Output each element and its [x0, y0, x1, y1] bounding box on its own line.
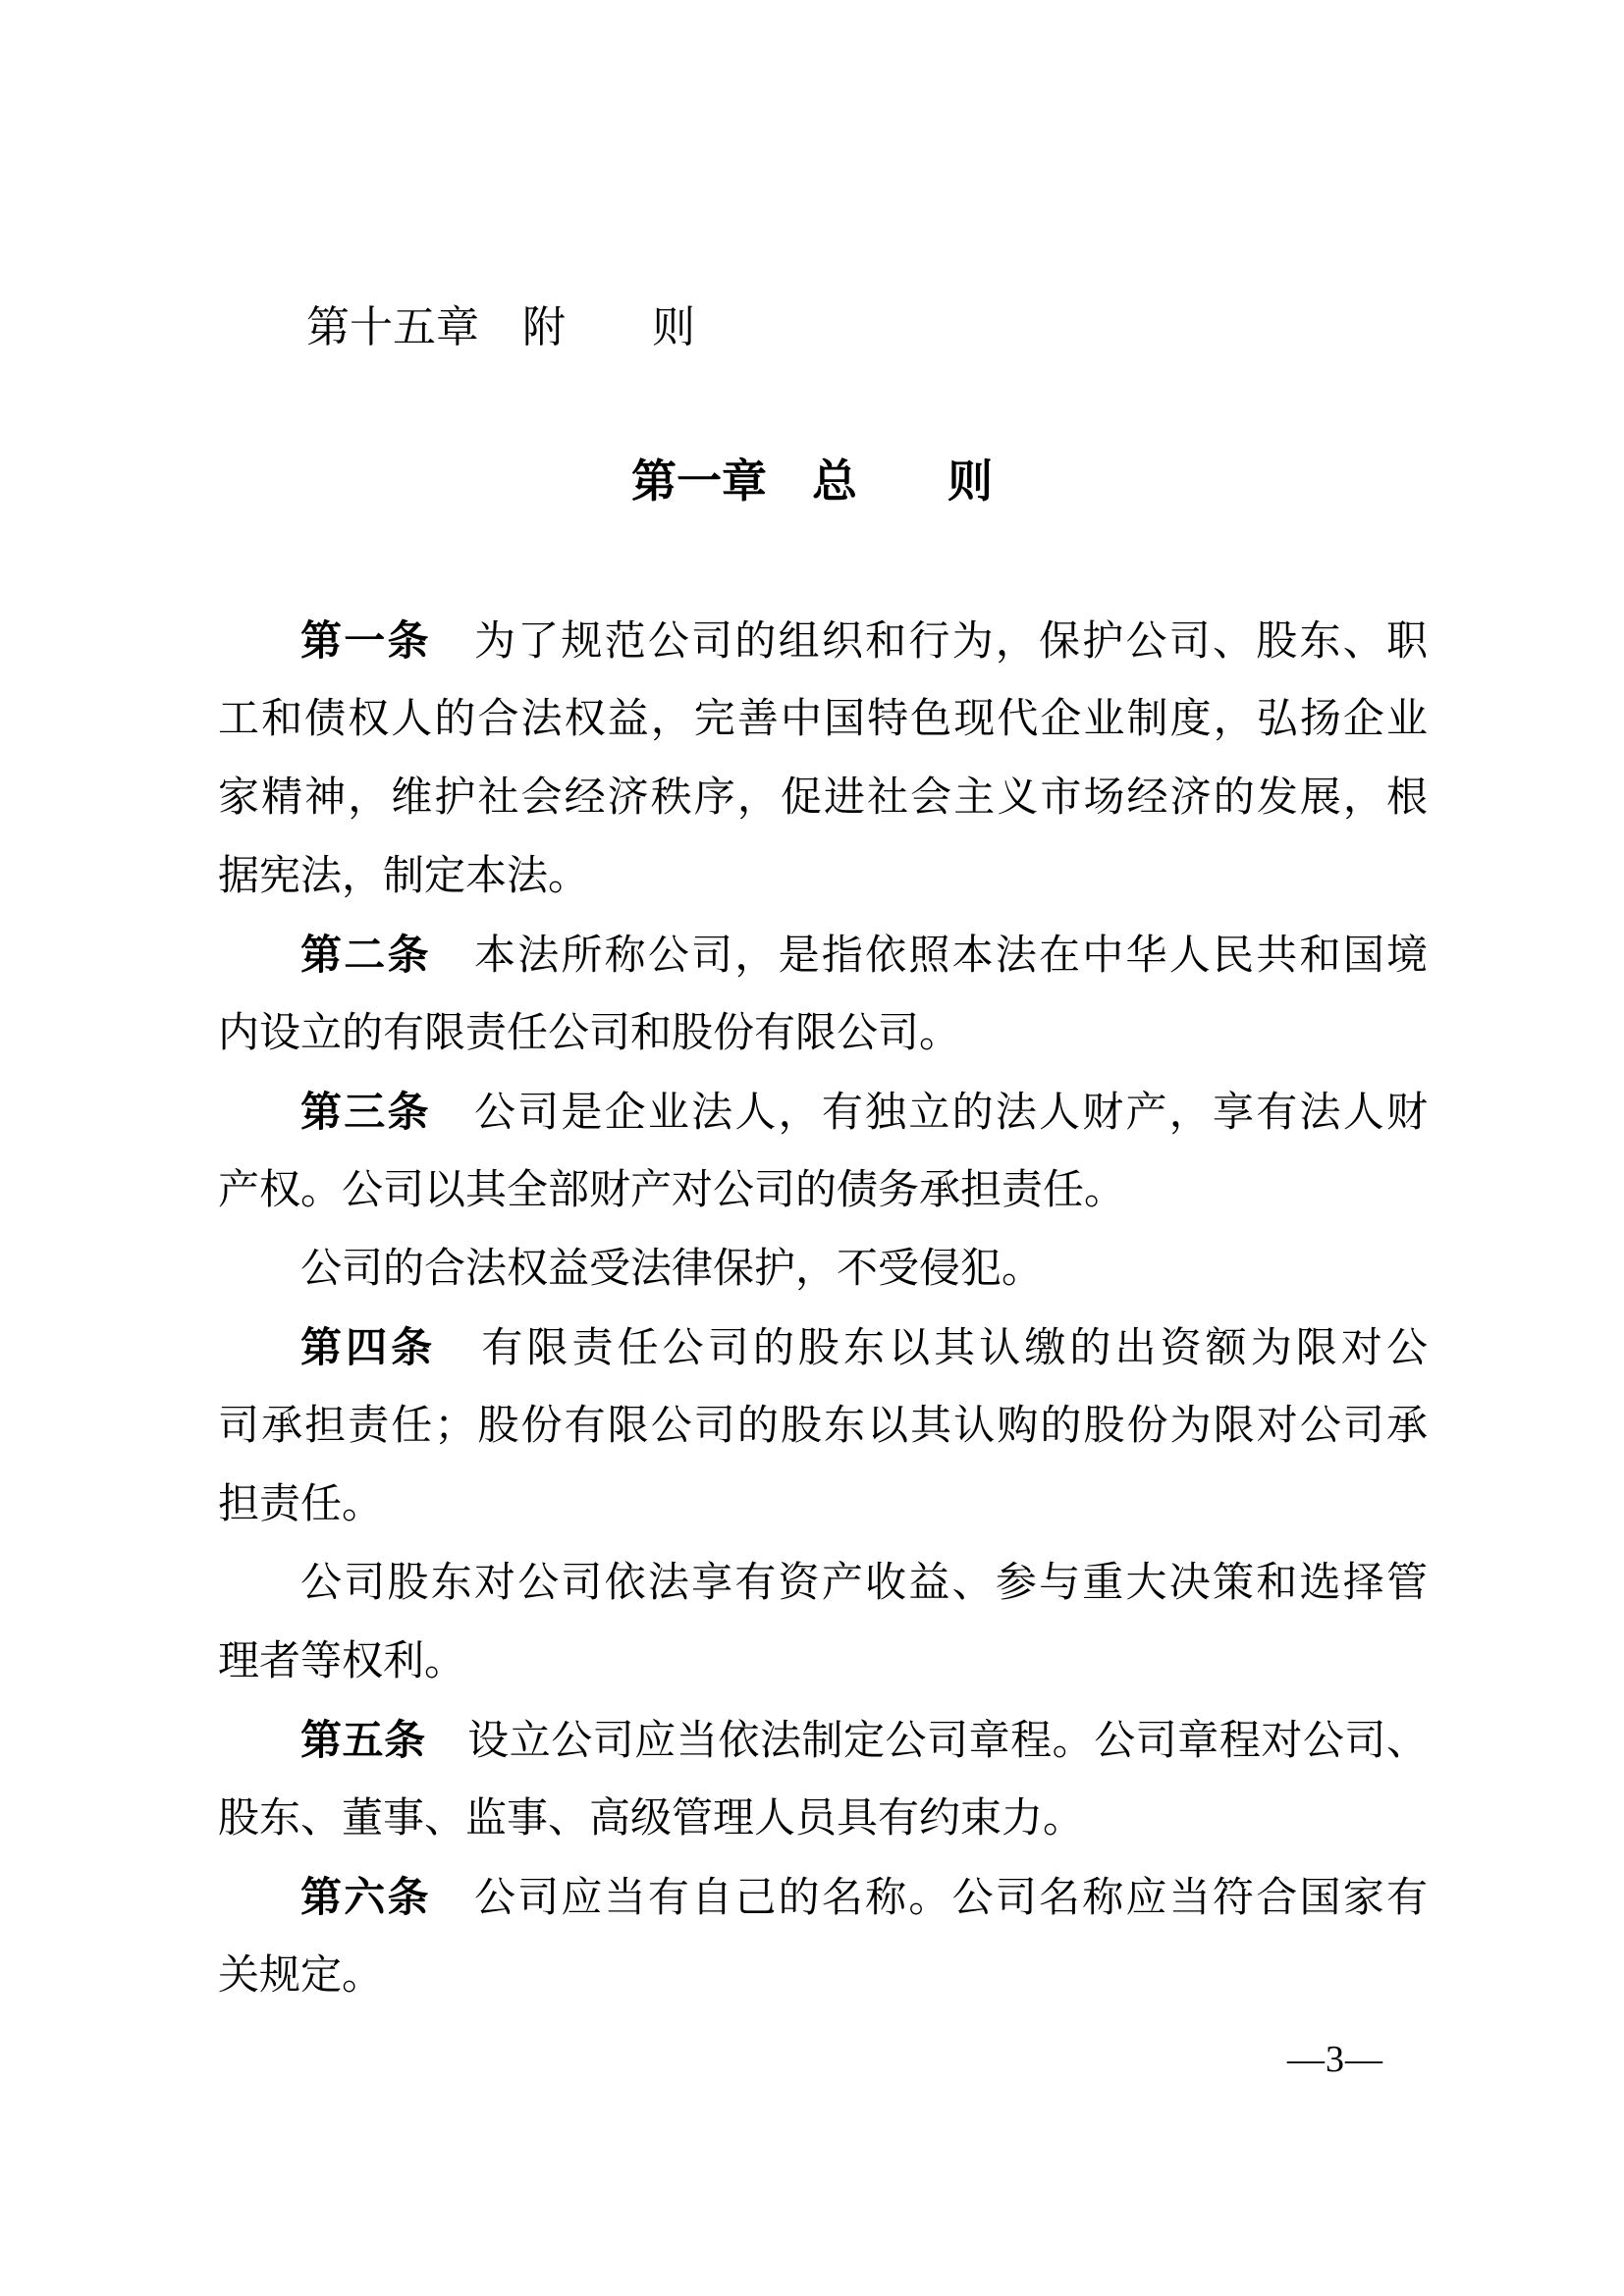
article-text: 第一条 为了规范公司的组织和行为，保护公司、股东、职工和债权人的合法权益，完善中… — [218, 602, 1428, 2015]
line-text: 担责任。 — [218, 1482, 383, 1527]
chapter1-heading: 第一章 总 则 — [0, 442, 1624, 520]
text-line: 内设立的有限责任公司和股份有限公司。 — [218, 994, 1428, 1073]
text-line: 理者等权利。 — [218, 1623, 1428, 1701]
text-line: 公司的合法权益受法律保护，不受侵犯。 — [218, 1230, 1428, 1308]
line-text: 司承担责任；股份有限公司的股东以其认购的股份为限对公司承 — [218, 1404, 1428, 1449]
text-line: 第五条 设立公司应当依法制定公司章程。公司章程对公司、 — [218, 1701, 1428, 1780]
article-number: 第五条 — [300, 1717, 426, 1763]
line-text: 本法所称公司，是指依照本法在中华人民共和国境 — [431, 934, 1428, 979]
line-text: 内设立的有限责任公司和股份有限公司。 — [218, 1011, 960, 1056]
line-text: 公司应当有自己的名称。公司名称应当符合国家有 — [431, 1876, 1428, 1921]
line-text: 公司是企业法人，有独立的法人财产，享有法人财 — [431, 1091, 1428, 1136]
article-number: 第三条 — [300, 1089, 431, 1135]
line-text: 工和债权人的合法权益，完善中国特色现代企业制度，弘扬企业 — [218, 697, 1428, 742]
text-line: 担责任。 — [218, 1466, 1428, 1544]
line-text: 家精神，维护社会经济秩序，促进社会主义市场经济的发展，根 — [218, 775, 1428, 821]
document-page: 第十五章 附 则 第一章 总 则 第一条 为了规范公司的组织和行为，保护公司、股… — [0, 0, 1624, 2296]
text-line: 公司股东对公司依法享有资产收益、参与重大决策和选择管 — [218, 1544, 1428, 1623]
text-line: 产权。公司以其全部财产对公司的债务承担责任。 — [218, 1151, 1428, 1230]
text-line: 第四条 有限责任公司的股东以其认缴的出资额为限对公 — [218, 1308, 1428, 1387]
toc-chapter15-line: 第十五章 附 则 — [218, 289, 695, 367]
text-line: 据宪法，制定本法。 — [218, 837, 1428, 916]
line-text: 股东、董事、监事、高级管理人员具有约束力。 — [218, 1796, 1084, 1842]
text-line: 第一条 为了规范公司的组织和行为，保护公司、股东、职 — [218, 602, 1428, 680]
line-text: 理者等权利。 — [218, 1639, 465, 1684]
text-line: 第六条 公司应当有自己的名称。公司名称应当符合国家有 — [218, 1858, 1428, 1937]
article-number: 第一条 — [300, 617, 431, 664]
line-text: 公司股东对公司依法享有资产收益、参与重大决策和选择管 — [300, 1561, 1428, 1606]
text-line: 司承担责任；股份有限公司的股东以其认购的股份为限对公司承 — [218, 1387, 1428, 1466]
text-line: 第三条 公司是企业法人，有独立的法人财产，享有法人财 — [218, 1073, 1428, 1151]
article-number: 第四条 — [300, 1324, 436, 1370]
line-text: 关规定。 — [218, 1953, 383, 1999]
line-text: 据宪法，制定本法。 — [218, 854, 589, 899]
text-line: 第二条 本法所称公司，是指依照本法在中华人民共和国境 — [218, 916, 1428, 994]
line-text: 设立公司应当依法制定公司章程。公司章程对公司、 — [426, 1719, 1428, 1764]
article-number: 第六条 — [300, 1874, 431, 1920]
text-line: 关规定。 — [218, 1937, 1428, 2015]
line-text: 为了规范公司的组织和行为，保护公司、股东、职 — [431, 619, 1428, 665]
line-text: 公司的合法权益受法律保护，不受侵犯。 — [300, 1247, 1043, 1292]
line-text: 有限责任公司的股东以其认缴的出资额为限对公 — [436, 1326, 1428, 1371]
line-text: 产权。公司以其全部财产对公司的债务承担责任。 — [218, 1168, 1125, 1213]
article-number: 第二条 — [300, 932, 431, 978]
text-line: 股东、董事、监事、高级管理人员具有约束力。 — [218, 1780, 1428, 1858]
page-number: —3— — [1276, 2034, 1394, 2085]
text-line: 家精神，维护社会经济秩序，促进社会主义市场经济的发展，根 — [218, 759, 1428, 837]
text-line: 工和债权人的合法权益，完善中国特色现代企业制度，弘扬企业 — [218, 680, 1428, 759]
